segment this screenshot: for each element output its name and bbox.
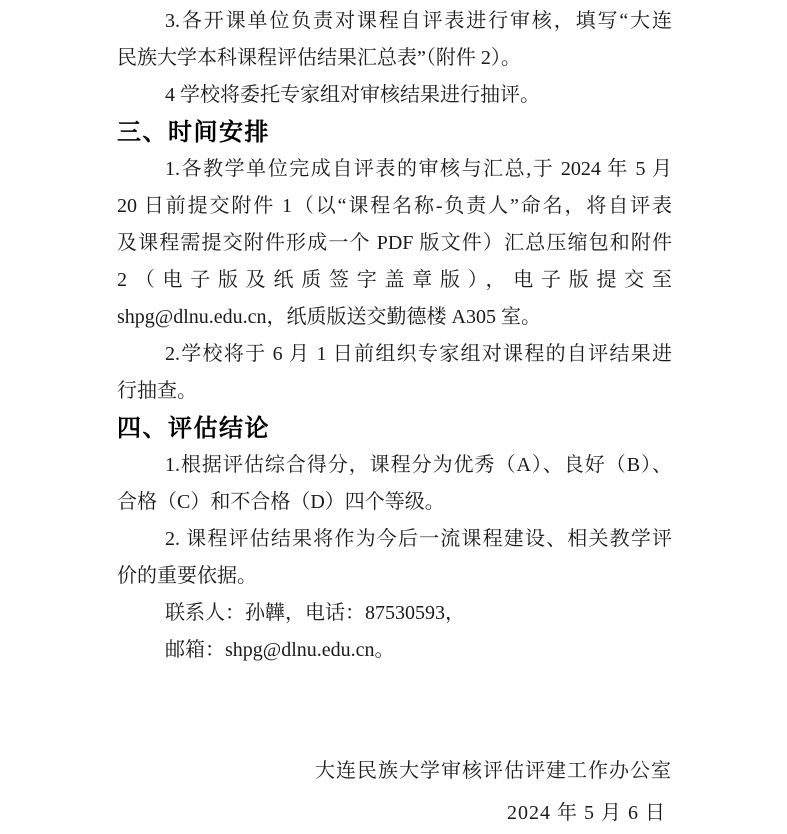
signature-date: 2024 年 5 月 6 日 (117, 795, 672, 832)
text-line: shpg@dlnu.edu.cn，纸质版送交勤德楼 A305 室。 (117, 299, 672, 336)
document-body: 3.各开课单位负责对课程自评表进行审核，填写“大连民族大学本科课程评估结果汇总表… (117, 3, 672, 669)
text-line: 3.各开课单位负责对课程自评表进行审核，填写“大连 (117, 3, 672, 40)
text-line: 邮箱：shpg@dlnu.edu.cn。 (117, 632, 672, 669)
text-line: 行抽查。 (117, 373, 672, 410)
signature-block: 大连民族大学审核评估评建工作办公室 2024 年 5 月 6 日 (117, 753, 672, 832)
text-line: 4 学校将委托专家组对审核结果进行抽评。 (117, 77, 672, 114)
section-heading: 四、评估结论 (117, 410, 672, 447)
signature-office: 大连民族大学审核评估评建工作办公室 (117, 753, 672, 790)
text-line: 2（电子版及纸质签字盖章版），电子版提交至 (117, 262, 672, 299)
text-line: 1.各教学单位完成自评表的审核与汇总,于 2024 年 5 月 (117, 151, 672, 188)
text-line: 20 日前提交附件 1（以“课程名称-负责人”命名，将自评表 (117, 188, 672, 225)
text-line: 2. 课程评估结果将作为今后一流课程建设、相关教学评 (117, 521, 672, 558)
text-line: 及课程需提交附件形成一个 PDF 版文件）汇总压缩包和附件 (117, 225, 672, 262)
section-heading: 三、时间安排 (117, 114, 672, 151)
text-line: 1.根据评估综合得分，课程分为优秀（A）、良好（B）、 (117, 447, 672, 484)
text-line: 价的重要依据。 (117, 558, 672, 595)
text-line: 2.学校将于 6 月 1 日前组织专家组对课程的自评结果进 (117, 336, 672, 373)
document-page: 3.各开课单位负责对课程自评表进行审核，填写“大连民族大学本科课程评估结果汇总表… (0, 0, 787, 834)
text-line: 民族大学本科课程评估结果汇总表”（附件 2）。 (117, 40, 672, 77)
text-line: 合格（C）和不合格（D）四个等级。 (117, 484, 672, 521)
text-line: 联系人：孙韡，电话：87530593， (117, 595, 672, 632)
